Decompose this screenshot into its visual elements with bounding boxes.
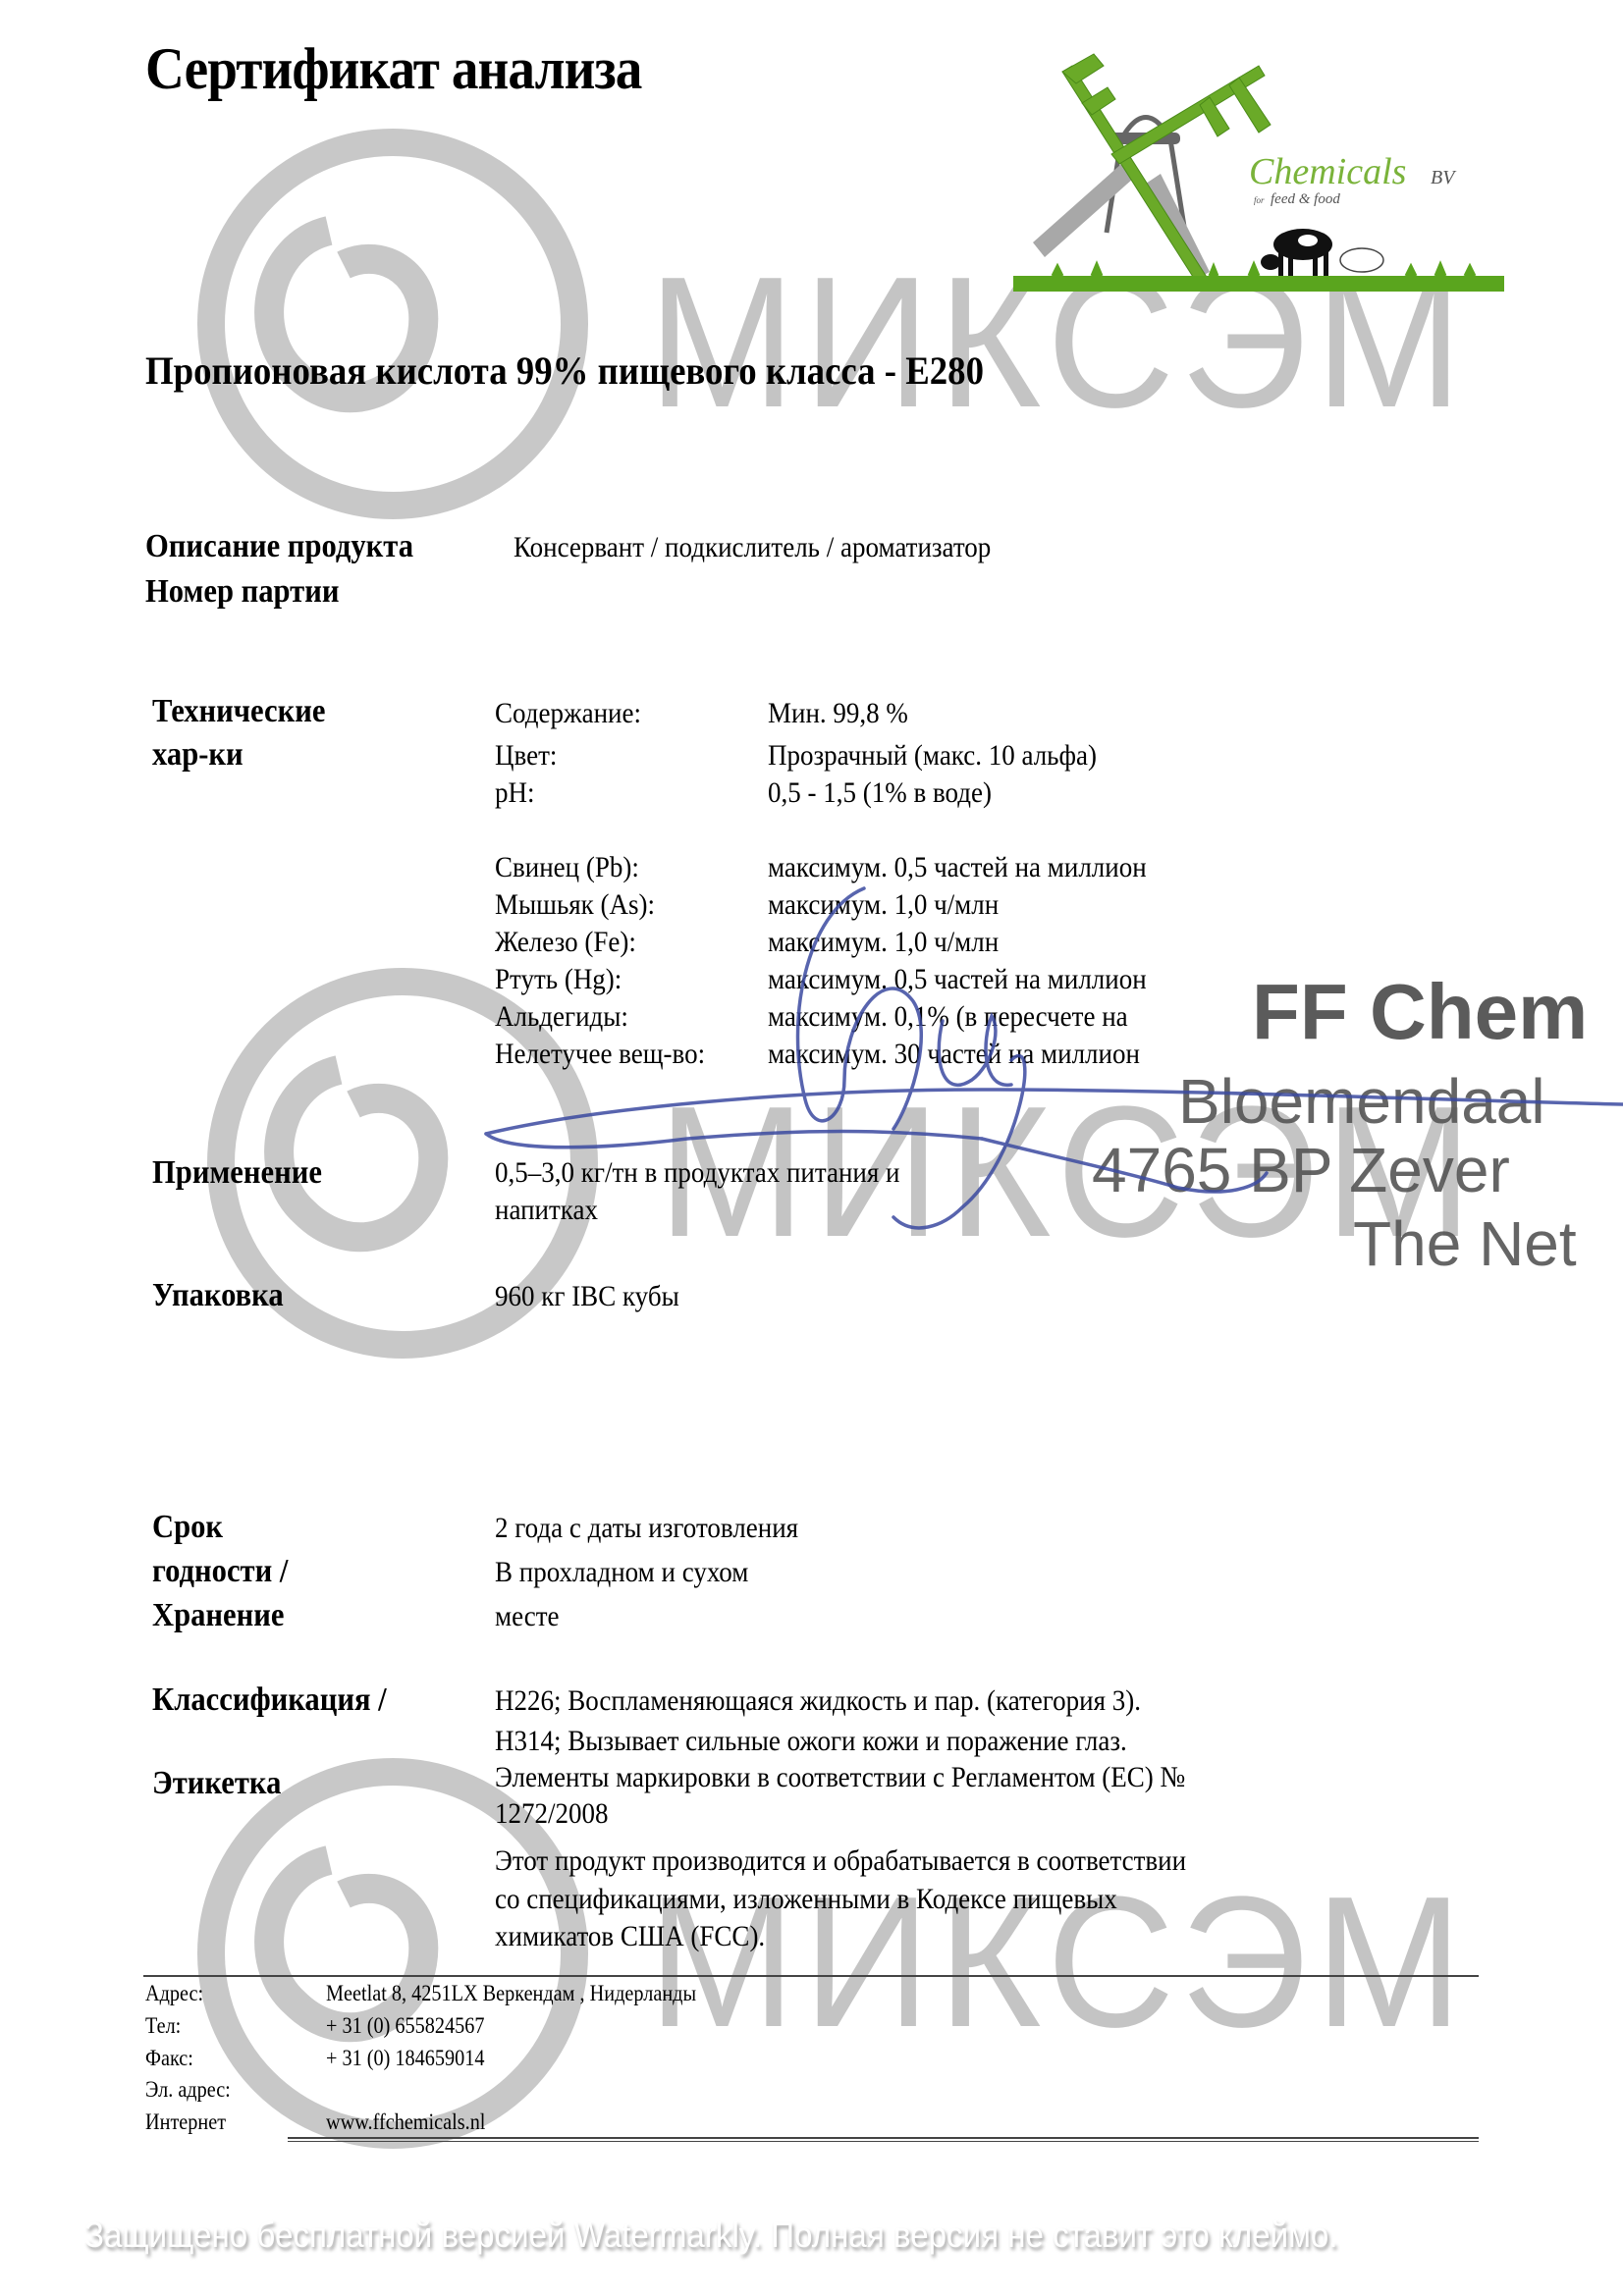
regulation-text: Элементы маркировки в соответствии с Рег… — [495, 1761, 1185, 1794]
footer-phone[interactable]: + 31 (0) 655824567 — [326, 2013, 485, 2039]
fcc-text-3: химикатов США (FCC). — [495, 1920, 765, 1953]
classification-label: Классификация / — [152, 1682, 387, 1719]
application-value: 0,5–3,0 кг/тн в продуктах питания и — [495, 1156, 900, 1190]
spec-value: Мин. 99,8 % — [768, 697, 908, 730]
spec-value: максимум. 0,5 частей на миллион — [768, 963, 1147, 996]
spec-value: 0,5 - 1,5 (1% в воде) — [768, 776, 992, 810]
footer-label: Эл. адрес: — [145, 2077, 231, 2103]
shelf-life-label: Срок — [152, 1509, 223, 1546]
svg-text:feed & food: feed & food — [1271, 191, 1340, 207]
product-title: Пропионовая кислота 99% пищевого класса … — [145, 347, 984, 394]
packaging-label: Упаковка — [152, 1277, 284, 1314]
footer-divider — [143, 1975, 1479, 1977]
spec-name: Ртуть (Hg): — [495, 963, 622, 996]
footer-fax: + 31 (0) 184659014 — [326, 2046, 485, 2071]
packaging-value: 960 кг IBC кубы — [495, 1280, 679, 1313]
footer-label: Интернет — [145, 2109, 226, 2135]
spec-value: максимум. 30 частей на миллион — [768, 1038, 1140, 1071]
spec-value: максимум. 0,5 частей на миллион — [768, 851, 1147, 884]
storage-value-2: месте — [495, 1600, 560, 1633]
svg-text:for: for — [1254, 195, 1265, 205]
hazard-h226: H226; Воспламеняющаяся жидкость и пар. (… — [495, 1684, 1141, 1718]
shelf-life-value: 2 года с даты изготовления — [495, 1512, 798, 1545]
spec-name: pH: — [495, 776, 535, 810]
spec-name: Мышьяк (As): — [495, 888, 655, 922]
hazard-h314: H314; Вызывает сильные ожоги кожи и пора… — [495, 1725, 1127, 1758]
application-value-2: напитках — [495, 1194, 598, 1227]
spec-name: Содержание: — [495, 697, 641, 730]
footer-address: Meetlat 8, 4251LX Веркендам , Нидерланды — [326, 1981, 696, 2006]
specs-label-2: хар-ки — [152, 736, 243, 774]
storage-label: Хранение — [152, 1597, 284, 1634]
footer-label: Тел: — [145, 2013, 181, 2039]
description-value: Консервант / подкислитель / ароматизатор — [514, 531, 991, 564]
spec-name: Альдегиды: — [495, 1000, 628, 1034]
footer-label: Адрес: — [145, 1981, 203, 2006]
spec-value: максимум. 1,0 ч/млн — [768, 888, 999, 922]
description-label: Описание продукта — [145, 528, 413, 565]
spec-name: Нелетучее вещ-во: — [495, 1038, 705, 1071]
svg-text:BV: BV — [1431, 167, 1457, 188]
batch-number-label: Номер партии — [145, 573, 339, 611]
label-label: Этикетка — [152, 1765, 281, 1802]
windmill-logo-icon: Chemicals BV for feed & food — [1013, 36, 1504, 297]
spec-value: Прозрачный (макс. 10 альфа) — [768, 739, 1097, 773]
page-title: Сертификат анализа — [145, 35, 641, 103]
storage-value: В прохладном и сухом — [495, 1556, 748, 1589]
fcc-text: Этот продукт производится и обрабатывает… — [495, 1844, 1186, 1878]
footer-bottom-rule-2 — [288, 2141, 1479, 2142]
specs-label: Технические — [152, 693, 325, 730]
spec-value: максимум. 1,0 ч/млн — [768, 926, 999, 959]
spec-name: Цвет: — [495, 739, 557, 773]
spec-value: максимум. 0,1% (в пересчете на — [768, 1000, 1128, 1034]
spec-name: Железо (Fe): — [495, 926, 636, 959]
shelf-life-label-2: годности / — [152, 1553, 288, 1590]
company-logo: Chemicals BV for feed & food — [1013, 36, 1504, 297]
spec-name: Свинец (Pb): — [495, 851, 639, 884]
svg-text:Chemicals: Chemicals — [1249, 151, 1406, 192]
footer-bottom-rule — [288, 2137, 1479, 2139]
regulation-text-2: 1272/2008 — [495, 1797, 609, 1831]
footer-label: Факс: — [145, 2046, 193, 2071]
application-label: Применение — [152, 1154, 322, 1192]
fcc-text-2: со спецификациями, изложенными в Кодексе… — [495, 1883, 1117, 1916]
certificate-page: Сертификат анализа Chemicals BV for feed — [0, 0, 1623, 2296]
footer-website-link[interactable]: www.ffchemicals.nl — [326, 2109, 485, 2135]
watermarkly-notice: Защищено бесплатной версией Watermarkly.… — [84, 2215, 1337, 2256]
